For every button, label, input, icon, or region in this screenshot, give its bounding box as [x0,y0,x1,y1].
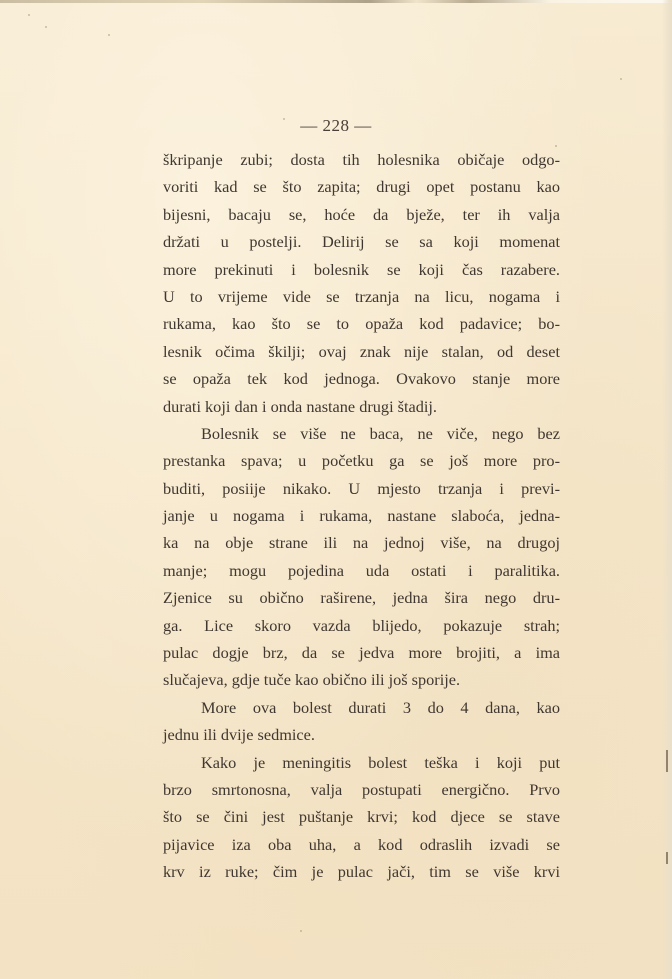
paper-speck [108,34,110,36]
text-line: škripanje zubi; dosta tih holesnika obič… [163,146,560,173]
text-line: Zjenice su obično raširene, jedna šira n… [163,584,560,611]
paper-speck [45,26,47,28]
page-number: — 228 — [0,116,672,136]
text-line: pijavice iza oba uha, a kod odraslih izv… [163,831,560,858]
text-line: se opaža tek kod jednoga. Ovakovo stanje… [163,365,560,392]
text-line: brzo smrtonosna, valja postupati energič… [163,776,560,803]
paragraph: Kako je meningitis bolest teška i koji p… [163,749,560,886]
margin-mark [666,750,668,772]
text-line: More ova bolest durati 3 do 4 dana, kao [163,694,560,721]
text-line: držati u postelji. Delirij se sa koji mo… [163,228,560,255]
text-line: bijesni, bacaju se, hoće da bježe, ter i… [163,201,560,228]
text-line: Kako je meningitis bolest teška i koji p… [163,749,560,776]
text-line: jednu ili dvije sedmice. [163,721,560,748]
text-line: voriti kad se što zapita; drugi opet pos… [163,173,560,200]
body-text: škripanje zubi; dosta tih holesnika obič… [163,146,560,886]
text-line: Bolesnik se više ne baca, ne viče, nego … [163,420,560,447]
text-line: manje; mogu pojedina uda ostati i parali… [163,557,560,584]
text-line: krv iz ruke; čim je pulac jači, tim se v… [163,858,560,885]
margin-mark [666,852,668,864]
text-line: more prekinuti i bolesnik se koji čas ra… [163,256,560,283]
text-line: U to vrijeme vide se trzanja na licu, no… [163,283,560,310]
paragraph: škripanje zubi; dosta tih holesnika obič… [163,146,560,420]
paper-speck [620,78,622,80]
scanned-book-page: — 228 — škripanje zubi; dosta tih holesn… [0,0,672,979]
text-line: ka na obje strane ili na jednoj više, na… [163,529,560,556]
paragraph: More ova bolest durati 3 do 4 dana, kao … [163,694,560,749]
text-line: što se čini jest puštanje krvi; kod djec… [163,803,560,830]
text-line: prestanka spava; u početku ga se još mor… [163,447,560,474]
text-line: lesnik očima škilji; ovaj znak nije stal… [163,338,560,365]
text-line: rukama, kao što se to opaža kod padavice… [163,310,560,337]
text-line: ga. Lice skoro vazda blijedo, pokazuje s… [163,612,560,639]
text-line: pulac dogje brz, da se jedva more brojit… [163,639,560,666]
paper-speck [28,14,30,16]
page-right-edge [662,0,672,979]
text-line: janje u nogama i rukama, nastane slaboća… [163,502,560,529]
paragraph: Bolesnik se više ne baca, ne viče, nego … [163,420,560,694]
text-line: slučajeva, gdje tuče kao obično ili još … [163,666,560,693]
text-line: buditi, posiije nikako. U mjesto trzanja… [163,475,560,502]
text-line: durati koji dan i onda nastane drugi šta… [163,393,560,420]
page-top-edge [0,0,672,3]
paper-speck [300,930,302,932]
